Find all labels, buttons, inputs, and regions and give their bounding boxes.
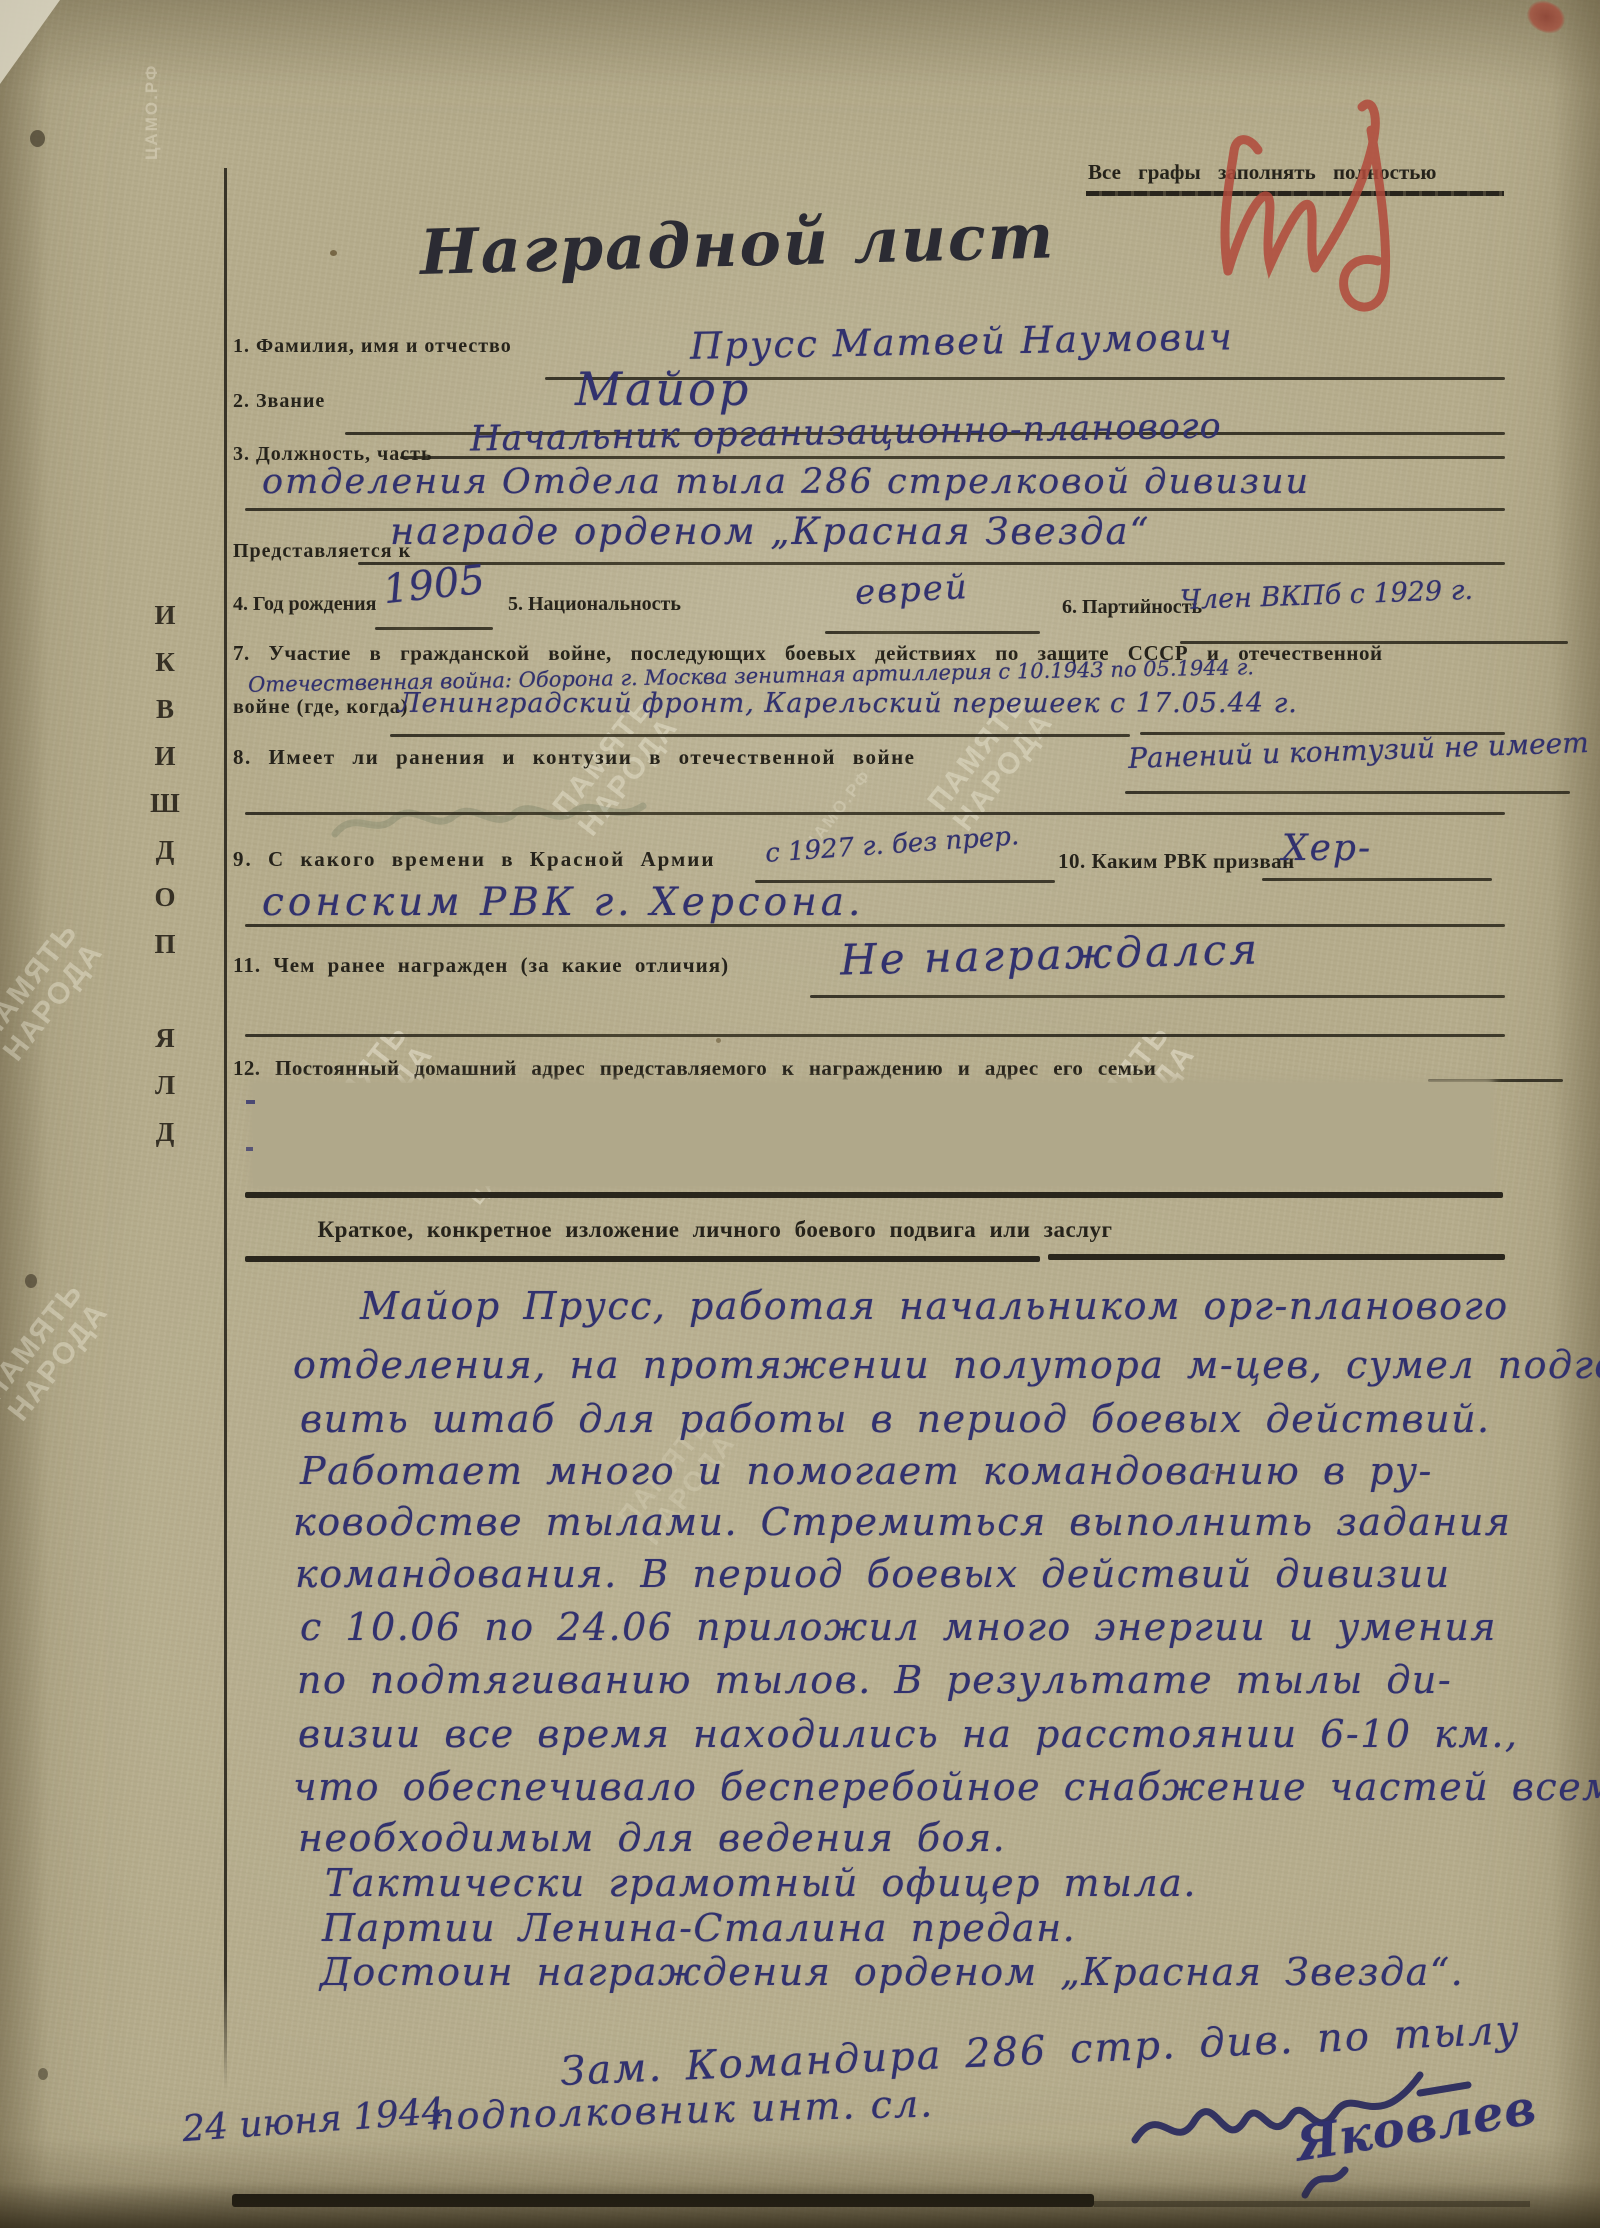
field-9-label: 9. С какого времени в Красной Армии [233,847,716,872]
field-4-value: 1905 [381,557,487,613]
watermark-pamyat-naroda: ПАМЯТЬ НАРОДА [0,916,110,1067]
paper-speck [330,250,337,256]
field-9-value: с 1927 г. без прер. [764,821,1020,869]
body-line: Тактически грамотный офицер тыла. [325,1861,1197,1905]
rule [245,1034,1505,1037]
field-3-value-line2: отделения Отдела тыла 286 стрелковой див… [262,462,1310,502]
field-6-value: Член ВКПб с 1929 г. [1180,575,1474,616]
presented-for-label: Представляется к [233,540,411,563]
body-line: вить штаб для работы в период боевых дей… [300,1397,1491,1441]
thick-rule [1048,1254,1505,1260]
faded-strikethrough-scrawl [325,792,665,852]
rule [1125,791,1570,794]
rule [245,924,1505,927]
torn-corner [0,0,60,84]
body-line: Майор Прусс, работая начальником орг-пла… [360,1284,1509,1328]
rule [358,562,1505,565]
field-8-label: 8. Имеет ли ранения и контузии в отечест… [233,745,916,770]
field-10-value-line1: Хер- [1282,828,1372,869]
page-title: Наградной лист [419,204,881,289]
rule [390,734,1130,737]
body-line: необходимым для ведения боя. [298,1816,1006,1860]
redacted-address-block [253,1083,1490,1186]
field-5-value: еврей [854,567,970,613]
punch-hole [25,1274,37,1288]
rule [1262,878,1492,881]
field-2-label: 2. Звание [233,390,325,413]
body-line: командования. В период боевых действий д… [295,1552,1451,1596]
rule [825,631,1040,634]
rule [375,627,493,630]
body-line: визии все время находились на расстоянии… [298,1712,1519,1756]
body-line: отделения, на протяжении полутора м-цев,… [293,1343,1600,1387]
body-line: что обеспечивало бесперебойное снабжение… [293,1765,1600,1809]
punch-hole [30,130,45,147]
field-12-label: 12. Постоянный домашний адрес представля… [233,1056,1156,1081]
section-header: Краткое, конкретное изложение личного бо… [240,1217,1190,1243]
thick-rule [245,1192,1503,1198]
body-line: с 10.06 по 24.06 приложил много энергии … [300,1605,1497,1649]
bottom-edge-shadow [0,2182,1600,2228]
field-7-label-line2: войне (где, когда) [233,696,408,719]
ink-mark [246,1100,255,1104]
filing-vertical-label: И К В И Ш Д О П Я Л Д [148,592,182,1156]
red-pencil-scrawl [1150,75,1470,315]
rule [400,456,1505,459]
field-5-label: 5. Национальность [508,593,681,616]
field-2-value: Майор [575,362,751,416]
field-10-label: 10. Каким РВК призван [1058,849,1295,874]
body-line: по подтягиванию тылов. В результате тылы… [297,1658,1452,1702]
signer-rank: подполковник инт. сл. [430,2081,935,2138]
field-1-label: 1. Фамилия, имя и отчество [233,335,512,358]
body-line: Достоин награждения орденом „Красная Зве… [320,1950,1464,1994]
body-line: ководстве тылами. Стремиться выполнить з… [293,1500,1511,1544]
award-sheet-scan: ПАМЯТЬ НАРОДА ПАМЯТЬ НАРОДА ПАМЯТЬ НАРОД… [0,0,1600,2228]
signature-date: 24 июня 1944 [181,2091,446,2150]
field-11-value: Не награждался [839,925,1260,985]
field-11-label: 11. Чем ранее награжден (за какие отличи… [233,953,729,978]
rule [245,812,1505,815]
form-left-border [224,168,227,2090]
thick-rule [245,1256,1040,1262]
watermark-tsamo: ЦАМО.РФ [142,64,162,160]
field-1-value: Прусс Матвей Наумович [690,315,1234,367]
ink-mark [246,1147,253,1151]
presented-for-value: награде орденом „Красная Звезда“ [390,510,1150,553]
paper-speck [716,1038,721,1043]
field-10-value-line2: сонским РВК г. Херсона. [262,880,864,925]
punch-hole [38,2068,48,2080]
field-4-label: 4. Год рождения [233,593,377,616]
body-line: Партии Ленина-Сталина предан. [322,1906,1076,1950]
watermark-pamyat-naroda: ПАМЯТЬ НАРОДА [0,1276,115,1427]
body-line: Работает много и помогает командованию в… [300,1449,1433,1493]
rule [1428,1079,1563,1082]
rule [810,995,1505,998]
field-7-value: Ленинградский фронт, Карельский перешеек… [398,688,1298,719]
corner-red-mark [1522,0,1569,39]
